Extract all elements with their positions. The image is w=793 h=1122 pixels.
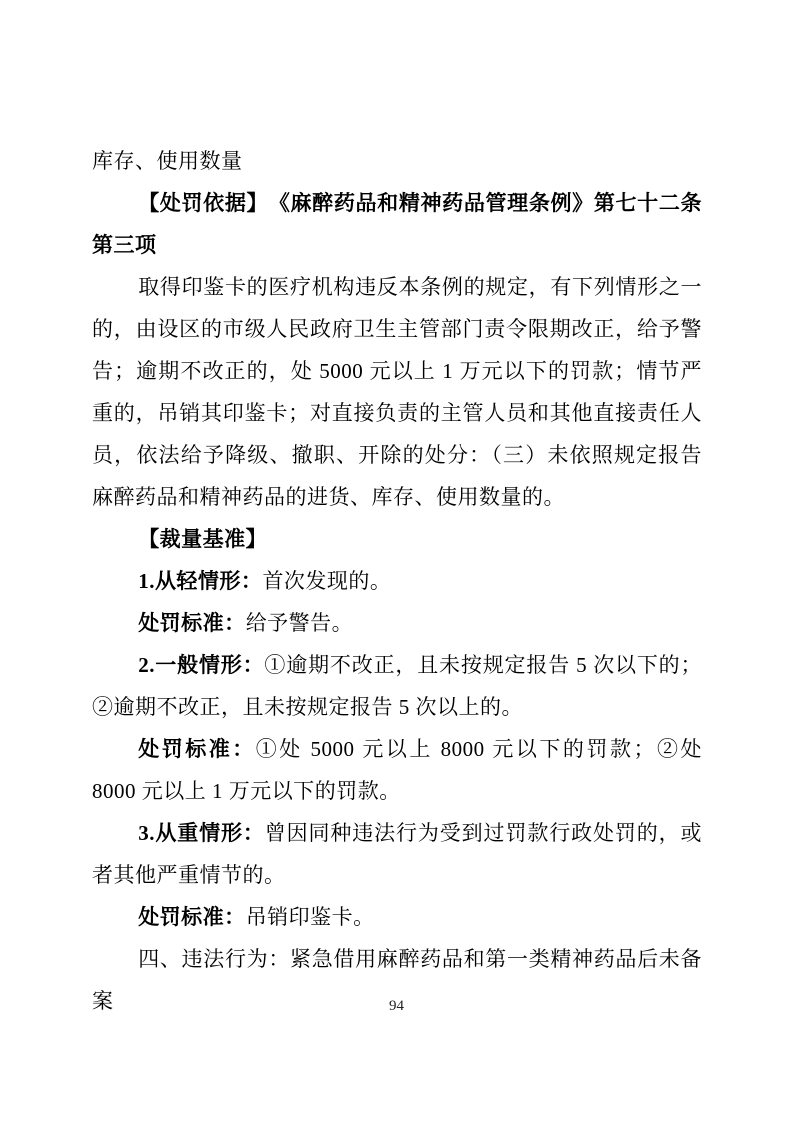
text-run: 【裁量基准】: [138, 527, 267, 551]
text-run: 取得印鉴卡的医疗机构违反本条例的规定，有下列情形之一的，由设区的市级人民政府卫生…: [92, 275, 702, 509]
text-run: 处罚标准：: [138, 611, 246, 635]
page-number-footer: 94: [0, 996, 793, 1016]
paragraph-discretion-benchmark-heading: 【裁量基准】: [92, 518, 702, 560]
paragraph-penalty-basis-body: 取得印鉴卡的医疗机构违反本条例的规定，有下列情形之一的，由设区的市级人民政府卫生…: [92, 266, 702, 518]
text-run: 1.从轻情形：: [138, 569, 262, 593]
page-number: 94: [389, 998, 404, 1014]
text-run: 2.一般情形：: [138, 653, 264, 677]
text-run: 处罚标准：: [138, 737, 256, 761]
paragraph-lenient-circumstance: 1.从轻情形：首次发现的。: [92, 560, 702, 602]
text-run: 3.从重情形：: [138, 821, 265, 845]
paragraph-carryover: 库存、使用数量: [92, 140, 702, 182]
document-page: 库存、使用数量 【处罚依据】 《麻醉药品和精神药品管理条例》第七十二条第三项 取…: [0, 0, 793, 1122]
paragraph-severe-penalty-standard: 处罚标准：吊销印鉴卡。: [92, 896, 702, 938]
paragraph-lenient-penalty-standard: 处罚标准：给予警告。: [92, 602, 702, 644]
paragraph-severe-circumstance: 3.从重情形：曾因同种违法行为受到过罚款行政处罚的，或者其他严重情节的。: [92, 812, 702, 896]
paragraph-penalty-basis-heading: 【处罚依据】 《麻醉药品和精神药品管理条例》第七十二条第三项: [92, 182, 702, 266]
paragraph-general-penalty-standard: 处罚标准：①处 5000 元以上 8000 元以下的罚款；②处 8000 元以上…: [92, 728, 702, 812]
text-run: 首次发现的。: [262, 569, 391, 593]
text-run: 吊销印鉴卡。: [246, 905, 375, 929]
paragraph-general-circumstance: 2.一般情形：①逾期不改正，且未按规定报告 5 次以下的；②逾期不改正，且未按规…: [92, 644, 702, 728]
text-run: 处罚标准：: [138, 905, 246, 929]
text-run: 给予警告。: [246, 611, 354, 635]
text-run: 库存、使用数量: [92, 149, 243, 173]
text-run: 【处罚依据】 《麻醉药品和精神药品管理条例》第七十二条第三项: [92, 191, 702, 257]
document-content: 库存、使用数量 【处罚依据】 《麻醉药品和精神药品管理条例》第七十二条第三项 取…: [92, 140, 702, 1022]
